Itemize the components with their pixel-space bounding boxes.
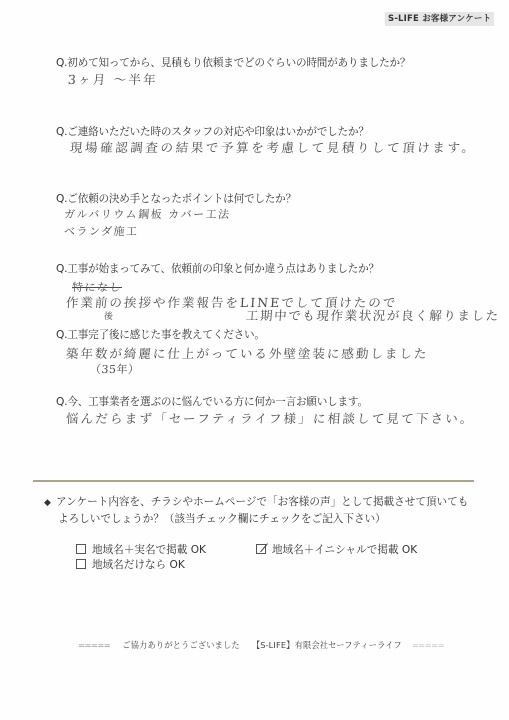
- footer-left-rule: =====: [78, 640, 110, 650]
- question-4: Q.工事が始まってみて、依頼前の印象と何か違う点はありましたか？: [56, 261, 379, 276]
- publication-consent-text: ◆アンケート内容を、チラシやホームページで「お客様の声」として掲載させて頂いても…: [44, 494, 468, 527]
- option-label: 地域名＋イニシャルで掲載 OK: [272, 544, 417, 556]
- consent-line-1: アンケート内容を、チラシやホームページで「お客様の声」として掲載させて頂いても: [56, 496, 468, 508]
- answer-3-line-1: ガルバリウム鋼板 カバー工法: [63, 206, 231, 222]
- consent-line-2: よろしいでしょうか？（該当チェック欄にチェックをご記入下さい）: [44, 511, 468, 527]
- answer-1-line-1: 3ヶ月 〜半年: [67, 70, 158, 88]
- diamond-bullet-icon: ◆: [44, 495, 56, 511]
- answer-5-line-1: 築年数が綺麗に仕上がっている外壁塗装に感動しました: [65, 344, 429, 362]
- option-label: 地域名だけなら OK: [92, 559, 185, 571]
- question-2: Q.ご連絡いただいた時のスタッフの対応や印象はいかがでしたか？: [56, 124, 369, 139]
- footer-company: 【S-LIFE】有限会社セーフティーライフ: [252, 640, 402, 650]
- answer-2-line-1: 現場確認調査の結果で予算を考慮して見積りして頂けます。: [69, 138, 477, 156]
- footer-thanks: =====ご協力ありがとうございました【S-LIFE】有限会社セーフティーライフ…: [78, 639, 444, 651]
- checkbox-unchecked-icon[interactable]: [76, 559, 86, 569]
- option-region-realname[interactable]: 地域名＋実名で掲載 OK: [76, 542, 206, 557]
- question-1: Q.初めて知ってから、見積もり依頼までどのぐらいの時間がありましたか？: [56, 55, 410, 70]
- answer-3-line-2: ベランダ施工: [63, 223, 139, 239]
- question-5: Q.工事完了後に感じた事を教えてください。: [56, 327, 265, 342]
- answer-4-line-2: 工期中でも現作業状況が良く解りました: [245, 306, 500, 324]
- question-3: Q.ご依頼の決め手となったポイントは何でしたか？: [56, 191, 296, 206]
- option-region-initials[interactable]: 地域名＋イニシャルで掲載 OK: [256, 542, 417, 557]
- checkbox-unchecked-icon[interactable]: [76, 544, 86, 554]
- question-6: Q.今、工事業者を選ぶのに悩んでいる方に何か一言お願いします。: [56, 394, 368, 409]
- checkbox-checked-icon[interactable]: [256, 544, 266, 554]
- footer-right-rule: =====: [412, 640, 444, 650]
- option-region-only[interactable]: 地域名だけなら OK: [76, 557, 185, 572]
- section-divider: [33, 480, 474, 482]
- survey-page: S-LIFE お客様アンケート Q.初めて知ってから、見積もり依頼までどのぐらい…: [0, 0, 509, 720]
- footer-thanks-text: ご協力ありがとうございました: [122, 640, 240, 650]
- answer-5-line-2: （35年）: [89, 361, 140, 377]
- survey-title-badge: S-LIFE お客様アンケート: [385, 12, 494, 26]
- answer-4-insert: 後: [104, 309, 115, 322]
- answer-6-line-1: 悩んだらまず「セーフティライフ様」に相談して見て下さい。: [65, 409, 475, 427]
- option-label: 地域名＋実名で掲載 OK: [92, 544, 206, 556]
